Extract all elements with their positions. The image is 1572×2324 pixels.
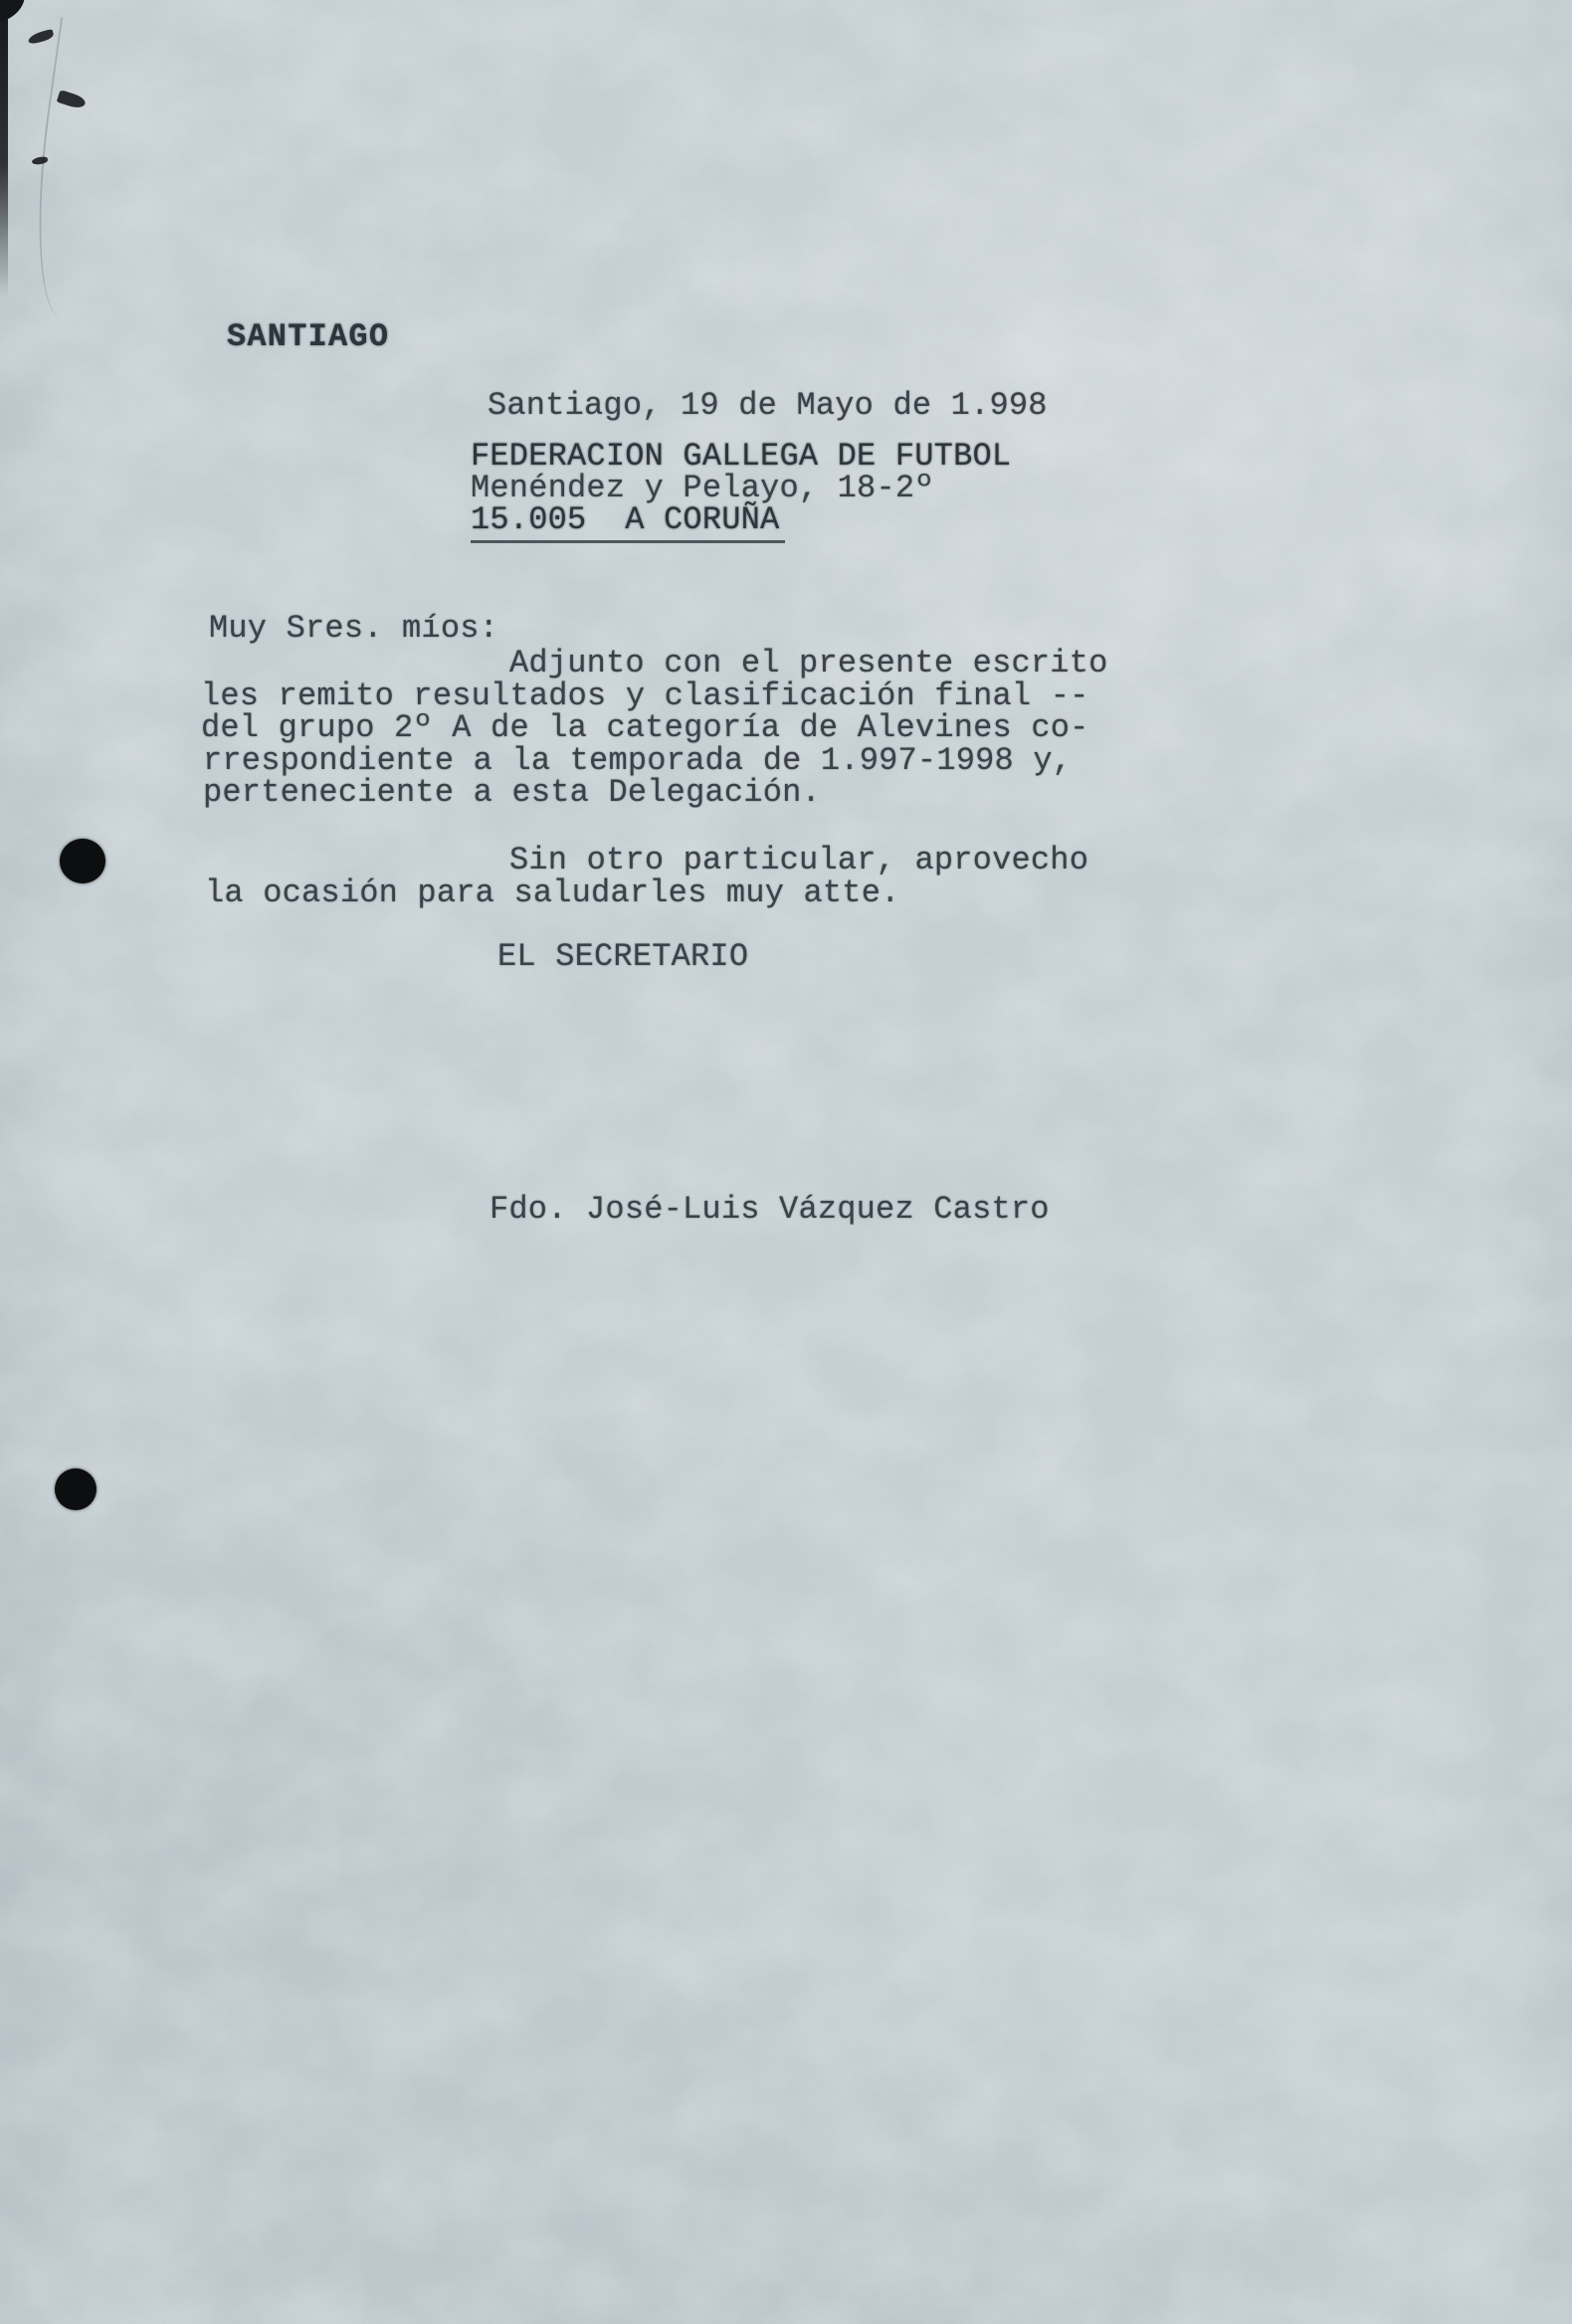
body-line: del grupo 2º A de la categoría de Alevin… [201,712,1089,744]
date-line: Santiago, 19 de Mayo de 1.998 [488,390,1048,422]
body-line: la ocasión para saludarles muy atte. [205,877,900,909]
recipient-city: 15.005 A CORUÑA [471,504,785,543]
recipient-street: Menéndez y Pelayo, 18-2º [471,473,934,504]
body-line: rrespondiente a la temporada de 1.997-19… [203,745,1072,777]
letter-content: SANTIAGO Santiago, 19 de Mayo de 1.998 F… [0,0,1572,2324]
body-line: les remito resultados y clasificación fi… [201,680,1089,712]
closing-title: EL SECRETARIO [497,941,748,973]
body-line: Adjunto con el presente escrito [509,648,1108,679]
salutation: Muy Sres. míos: [209,613,498,645]
letterhead-office: SANTIAGO [227,321,389,353]
scanned-letter-page: SANTIAGO Santiago, 19 de Mayo de 1.998 F… [0,0,1572,2324]
body-line: Sin otro particular, aprovecho [509,845,1088,876]
signature-line: Fdo. José-Luis Vázquez Castro [490,1194,1050,1226]
body-line: perteneciente a esta Delegación. [203,777,821,809]
recipient-organization: FEDERACION GALLEGA DE FUTBOL [471,441,1011,473]
